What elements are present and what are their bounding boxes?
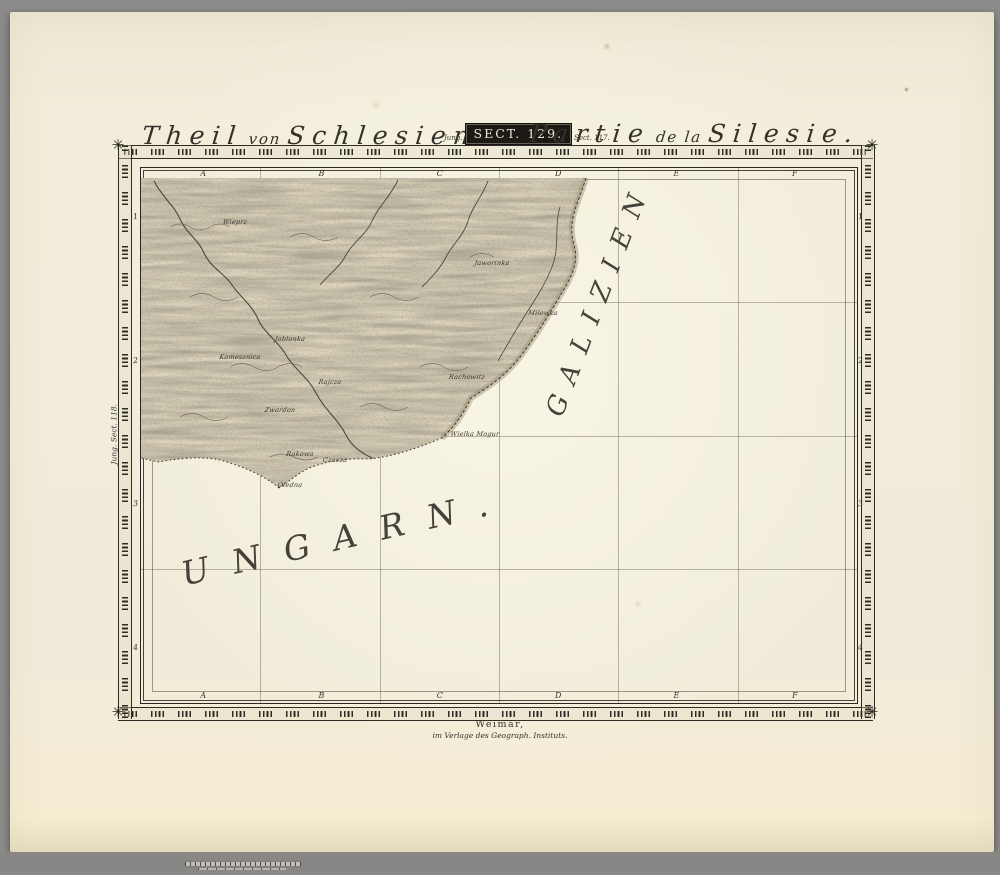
paper-stain xyxy=(602,43,612,50)
imprint-city: Weimar, xyxy=(350,719,650,730)
imprint-publisher: im Verlage des Geograph. Instituts. xyxy=(350,731,650,740)
title-word: Partie xyxy=(529,119,652,148)
map-title-french: Partiede laSilesie. xyxy=(529,119,862,148)
scan-scale-ruler-ticks xyxy=(198,868,286,870)
scan-scale-ruler xyxy=(185,862,301,866)
adjacent-sheet-note-left: Jung. xyxy=(444,134,463,144)
title-word: Silesie. xyxy=(707,119,862,148)
border-tick-band-top xyxy=(118,145,873,159)
scan-backdrop-strip xyxy=(0,852,1000,875)
terrain-engraving xyxy=(140,167,856,702)
paper-stain xyxy=(370,100,382,109)
row-numbers-right: 1234 xyxy=(856,145,865,719)
corner-star-icon: ✳ xyxy=(110,705,126,720)
scanned-map-page: TheilvonSchlesien. Jung. Sect. 129. Sect… xyxy=(0,0,1000,875)
publisher-imprint: Weimar, im Verlage des Geograph. Institu… xyxy=(350,719,650,740)
corner-star-icon: ✳ xyxy=(864,138,880,153)
row-numbers-left: 1234 xyxy=(131,145,140,719)
title-word: de la xyxy=(655,128,703,146)
adjacent-sheet-note-side: Jung. Sect. 118. xyxy=(110,405,119,465)
paper-stain xyxy=(904,87,909,92)
